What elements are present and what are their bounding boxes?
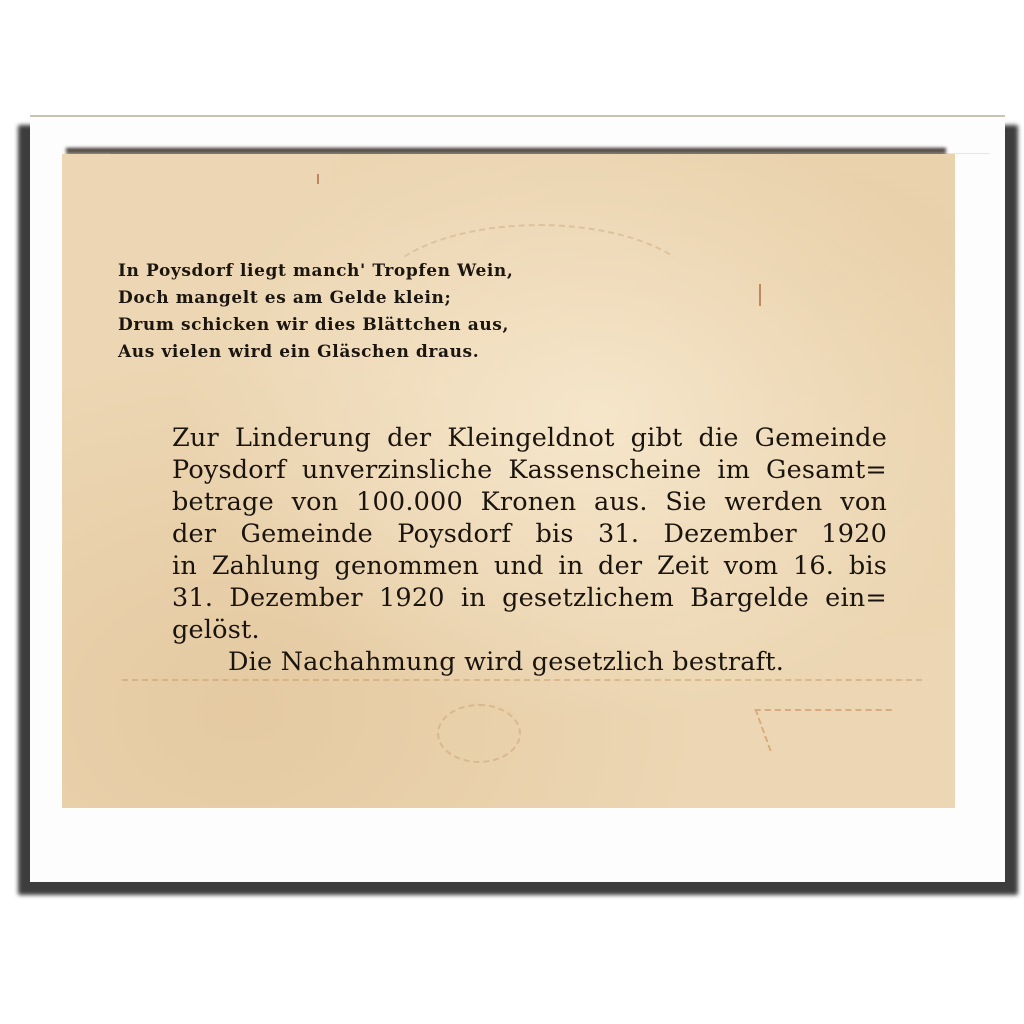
poem-line: Doch mangelt es am Gelde klein; <box>118 285 513 312</box>
poem-line: In Poysdorf liegt manch' Tropfen Wein, <box>118 258 513 285</box>
notice-line: in Zahlung genommen und in der Zeit vom … <box>172 550 887 582</box>
stain-tick-mark <box>317 174 319 184</box>
poem-line: Drum schicken wir dies Blättchen aus, <box>118 312 513 339</box>
poem-verse: In Poysdorf liegt manch' Tropfen Wein, D… <box>118 258 513 366</box>
notice-line: gelöst. <box>172 614 887 646</box>
banknote-reverse: In Poysdorf liegt manch' Tropfen Wein, D… <box>62 154 955 808</box>
stain-tick-mark <box>759 284 761 306</box>
notice-line: Poysdorf unverzinsliche Kassenscheine im… <box>172 454 887 486</box>
show-through-signature-mark <box>437 704 521 763</box>
notice-line: Zur Linderung der Kleingeldnot gibt die … <box>172 422 887 454</box>
notice-line: der Gemeinde Poysdorf bis 31. Dezember 1… <box>172 518 887 550</box>
show-through-arrow-mark <box>754 709 906 751</box>
poem-line: Aus vielen wird ein Gläschen draus. <box>118 339 513 366</box>
counterfeit-warning: Die Nachahmung wird gesetzlich bestraft. <box>172 646 887 678</box>
notice-line: betrage von 100.000 Kronen aus. Sie werd… <box>172 486 887 518</box>
notice-line: 31. Dezember 1920 in gesetzlichem Bargel… <box>172 582 887 614</box>
scan-page: In Poysdorf liegt manch' Tropfen Wein, D… <box>0 0 1024 1024</box>
issue-notice-paragraph: Zur Linderung der Kleingeldnot gibt die … <box>172 422 887 678</box>
